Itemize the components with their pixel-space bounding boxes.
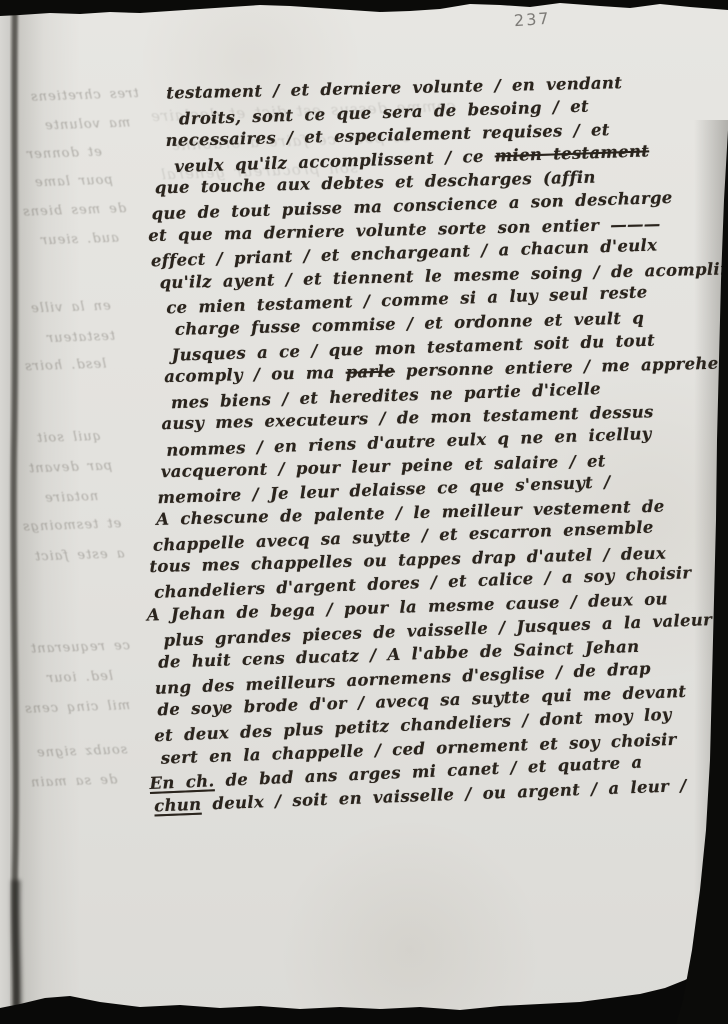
underlined-text: chun <box>154 794 202 815</box>
page-number: 237 <box>513 9 551 31</box>
manuscript-text-block: testament / et derniere volunte / en ven… <box>128 68 708 815</box>
adjacent-page-edge <box>0 0 10 1024</box>
photo-background: comme dessus est dict et declaireet pour… <box>0 0 728 1024</box>
underlined-text: En ch. <box>149 771 215 793</box>
struck-text: parle <box>345 362 395 382</box>
struck-text: mien testament <box>494 141 649 165</box>
